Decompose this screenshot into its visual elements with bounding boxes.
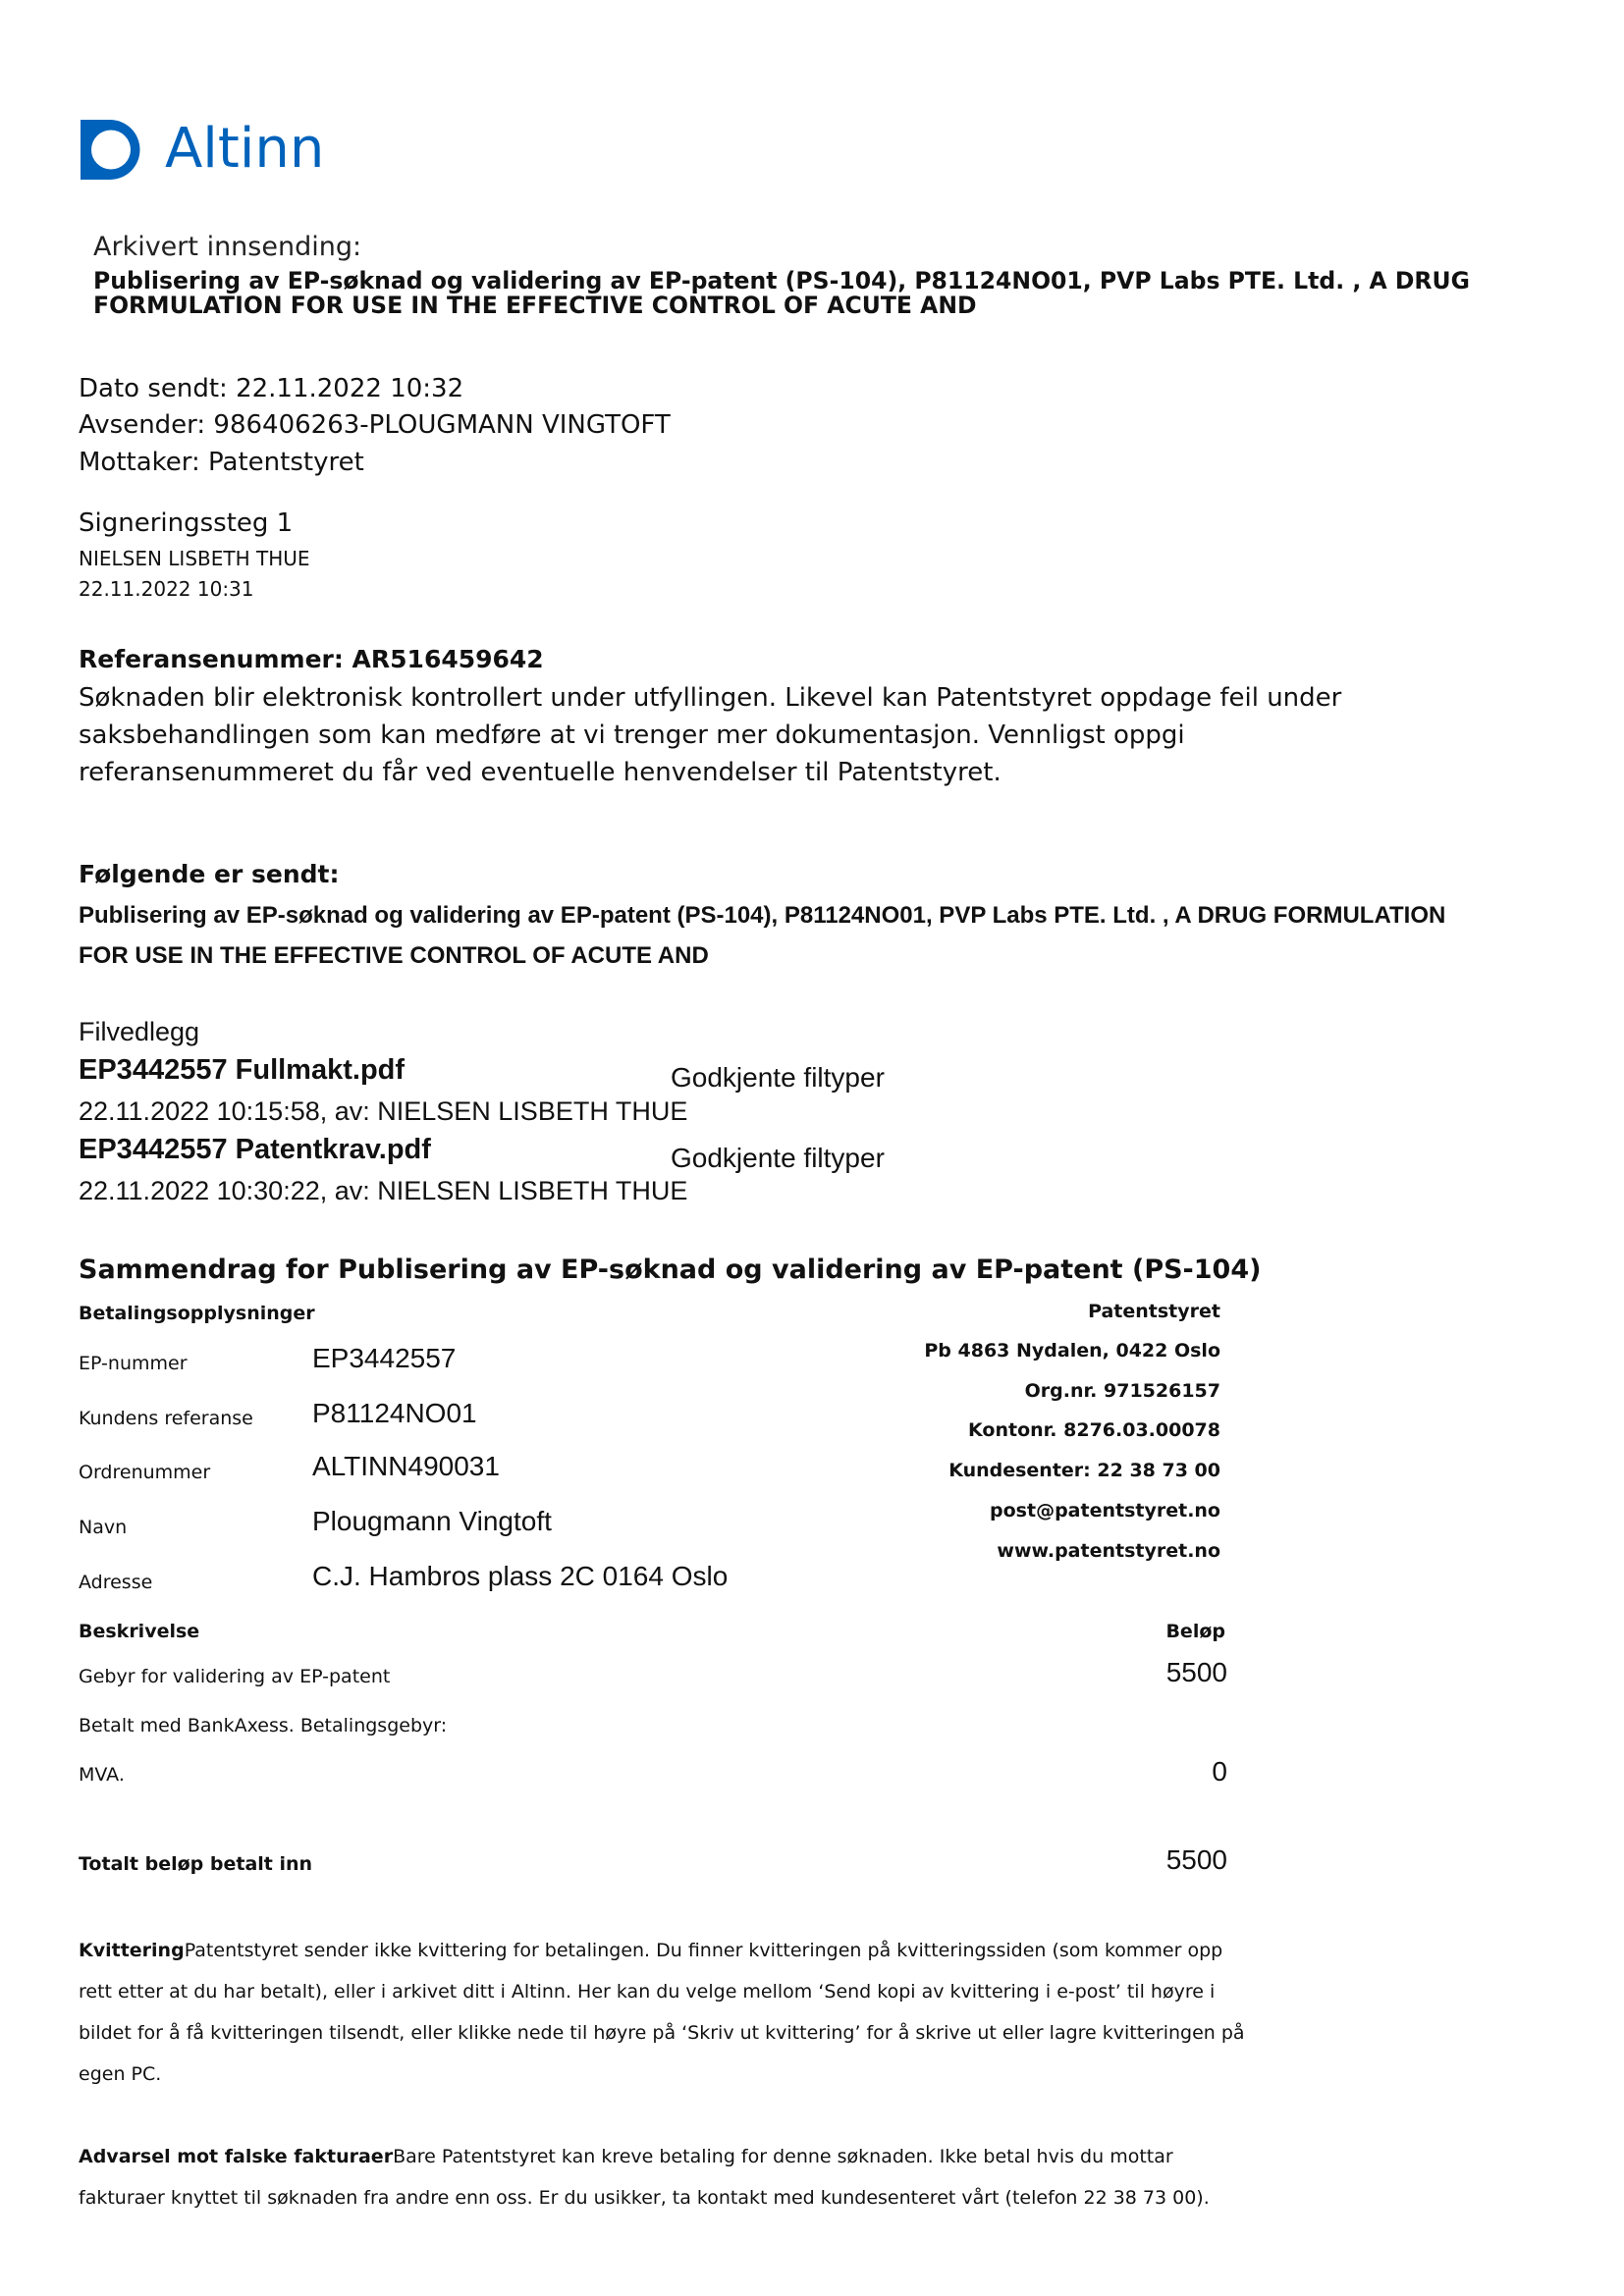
signed-at: 22.11.2022 10:31 [79,577,254,601]
reference-number: Referansenummer: AR516459642 [79,645,544,673]
customer-reference-value: P81124NO01 [312,1398,477,1429]
reference-text: Søknaden blir elektronisk kontrollert un… [79,679,1384,791]
altinn-logo: Altinn [81,120,326,181]
sender: Avsender: 986406263-PLOUGMANN VINGTOFT [79,410,671,440]
altinn-d-logo-icon [81,120,140,180]
archived-label: Arkivert innsending: [93,232,361,262]
warning-note-title: Advarsel mot falske fakturaer [79,2146,393,2167]
attachment-type: Godkjente filtyper [671,1062,885,1094]
org-address: Pb 4863 Nydalen, 0422 Oslo [924,1340,1220,1362]
amount-heading: Beløp [1165,1621,1225,1642]
vat-amount: 0 [1212,1756,1227,1788]
attachments-label: Filvedlegg [79,1017,199,1047]
receipt-note-title: Kvittering [79,1940,185,1961]
summary-heading: Sammendrag for Publisering av EP-søknad … [79,1255,1261,1285]
date-sent: Dato sendt: 22.11.2022 10:32 [79,374,463,403]
order-number-value: ALTINN490031 [312,1451,500,1482]
sent-heading: Følgende er sendt: [79,860,339,888]
attachment-meta: 22.11.2022 10:30:22, av: NIELSEN LISBETH… [79,1176,687,1206]
description-heading: Beskrivelse [79,1621,199,1642]
recipient: Mottaker: Patentstyret [79,448,364,477]
attachment-meta: 22.11.2022 10:15:58, av: NIELSEN LISBETH… [79,1096,687,1127]
attachment-type: Godkjente filtyper [671,1143,885,1174]
address-value: C.J. Hambros plass 2C 0164 Oslo [312,1561,728,1592]
fee-amount: 5500 [1166,1657,1227,1688]
warning-note: Advarsel mot falske fakturaerBare Patent… [79,2136,1257,2218]
sent-title: Publisering av EP-søknad og validering a… [79,895,1473,976]
order-number-label: Ordrenummer [79,1462,210,1483]
payment-method-description: Betalt med BankAxess. Betalingsgebyr: [79,1715,447,1736]
submission-title: Publisering av EP-søknad og validering a… [93,269,1517,318]
receipt-note: KvitteringPatentstyret sender ikke kvitt… [79,1930,1257,2095]
receipt-note-text: Patentstyret sender ikke kvittering for … [79,1940,1245,2085]
vat-description: MVA. [79,1764,125,1786]
org-name: Patentstyret [1088,1301,1220,1322]
total-amount: 5500 [1166,1844,1227,1876]
attachment-link[interactable]: EP3442557 Patentkrav.pdf [79,1134,431,1166]
org-phone: Kundesenter: 22 38 73 00 [948,1460,1220,1481]
org-number: Org.nr. 971526157 [1025,1380,1220,1402]
ep-number-value: EP3442557 [312,1343,456,1374]
name-label: Navn [79,1517,127,1538]
address-label: Adresse [79,1572,152,1593]
org-website: www.patentstyret.no [997,1540,1220,1562]
payment-heading: Betalingsopplysninger [79,1303,315,1324]
customer-reference-label: Kundens referanse [79,1408,253,1429]
org-email: post@patentstyret.no [990,1500,1220,1522]
brand-name: Altinn [165,114,324,185]
name-value: Plougmann Vingtoft [312,1506,552,1537]
org-account: Kontonr. 8276.03.00078 [968,1419,1220,1441]
attachment-link[interactable]: EP3442557 Fullmakt.pdf [79,1054,405,1087]
total-label: Totalt beløp betalt inn [79,1853,312,1875]
signer-name: NIELSEN LISBETH THUE [79,547,310,570]
ep-number-label: EP-nummer [79,1353,188,1374]
fee-description: Gebyr for validering av EP-patent [79,1666,390,1687]
signing-step: Signeringssteg 1 [79,508,293,538]
